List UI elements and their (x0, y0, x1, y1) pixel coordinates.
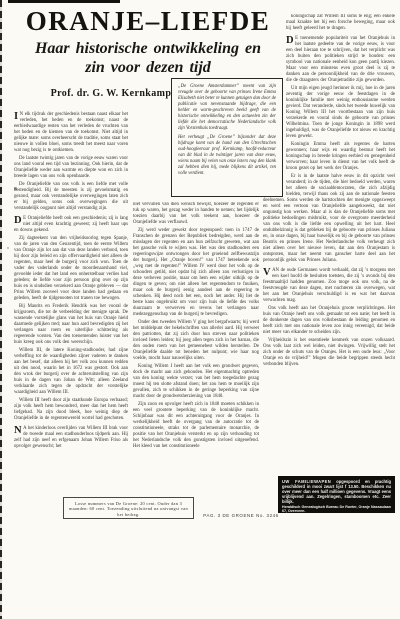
advertisement-box: UW FAMILIEWAPEN opgespoord en prachtig g… (278, 476, 395, 513)
body-paragraph: Koning Willem I heeft aan het volk een g… (133, 364, 259, 400)
body-paragraph: DE Oranjeliefde heeft ook een geschieden… (14, 216, 128, 234)
newspaper-page: ORANJE–LIEFDE Haar historische ontwikkel… (0, 0, 400, 619)
body-paragraph: NA het kinderloos overlijden van Willem … (14, 426, 128, 450)
body-paragraph: „De Groene Amsterdammer” meent van zijn … (178, 84, 276, 132)
body-paragraph: De Oranjeliefde van ons volk is een lief… (14, 182, 128, 212)
ad-signature: Heraldisch Genealogisch Bureau De Roeter… (282, 505, 391, 513)
top-rule (8, 0, 120, 3)
dropcap-letter: D (14, 216, 23, 226)
article-header: ORANJE–LIEFDE Haar historische ontwikkel… (10, 6, 286, 77)
byline-author: Prof. dr. G. W. Kernkamp (31, 88, 191, 99)
dropcap-letter: D (286, 36, 295, 46)
body-paragraph: Zijn zoon en opvolger heeft zich in 1848… (133, 402, 259, 450)
body-paragraph: Zij werd weder gewekt door tegenspoed: t… (133, 228, 259, 318)
scan-speck (7, 247, 9, 249)
subscription-notice-box: Losse nummers van De Groene: 20 cent. Ou… (63, 497, 194, 519)
body-paragraph: Onder den tweeden Willem V ging het berg… (133, 320, 259, 362)
article-title: ORANJE–LIEFDE (10, 6, 286, 36)
article-subtitle: Haar historische ontwikkeling en zin voo… (10, 39, 286, 77)
body-paragraph: Het verheugt „De Groene” bijzonder dat d… (178, 135, 276, 177)
body-paragraph: VAN de oude Germanen wordt verhaald, dat… (263, 268, 395, 304)
body-paragraph: Ons volk heeft aan het Oranjehuis groote… (263, 306, 395, 336)
subtitle-line-1: Haar historische ontwikkeling en (10, 39, 286, 58)
body-paragraph: Willem III, de latere Koning-stadhouder,… (14, 348, 128, 396)
column-3: koningschap zat Willem III soms te eng; … (263, 14, 395, 472)
body-paragraph: Vrijheidszin is het essentieele kenmerk … (263, 338, 395, 368)
body-paragraph: IN elk tijdvak der geschiedenis bestaan … (14, 112, 128, 154)
dropcap-letter: I (14, 112, 20, 122)
dropcap-letter: V (263, 268, 272, 278)
column-1: IN elk tijdvak der geschiedenis bestaan … (14, 108, 128, 496)
page-footer: PAG. 3 DE GROENE No. 3246 (195, 513, 287, 518)
subtitle-line-2: zin voor dezen tijd (10, 58, 286, 77)
body-paragraph: Zij dagteekent van den vrijheidsoorlog t… (14, 236, 128, 302)
body-paragraph: De laatste twintig jaren van de vorige e… (14, 156, 128, 180)
body-paragraph: niet vervullen van dien wensch bewijst, … (133, 202, 259, 226)
body-paragraph: Willem III heeft door zijn staatkunde Eu… (14, 398, 128, 422)
scan-edge (0, 0, 2, 619)
column-2: niet vervullen van dien wensch bewijst, … (133, 202, 259, 508)
body-paragraph: Bij Maurits en Frederik Hendrik was het … (14, 304, 128, 346)
dropcap-letter: N (14, 426, 23, 436)
body-paragraph: koningschap zat Willem III soms te eng; … (263, 14, 395, 32)
text-wrap-spacer (263, 76, 286, 198)
